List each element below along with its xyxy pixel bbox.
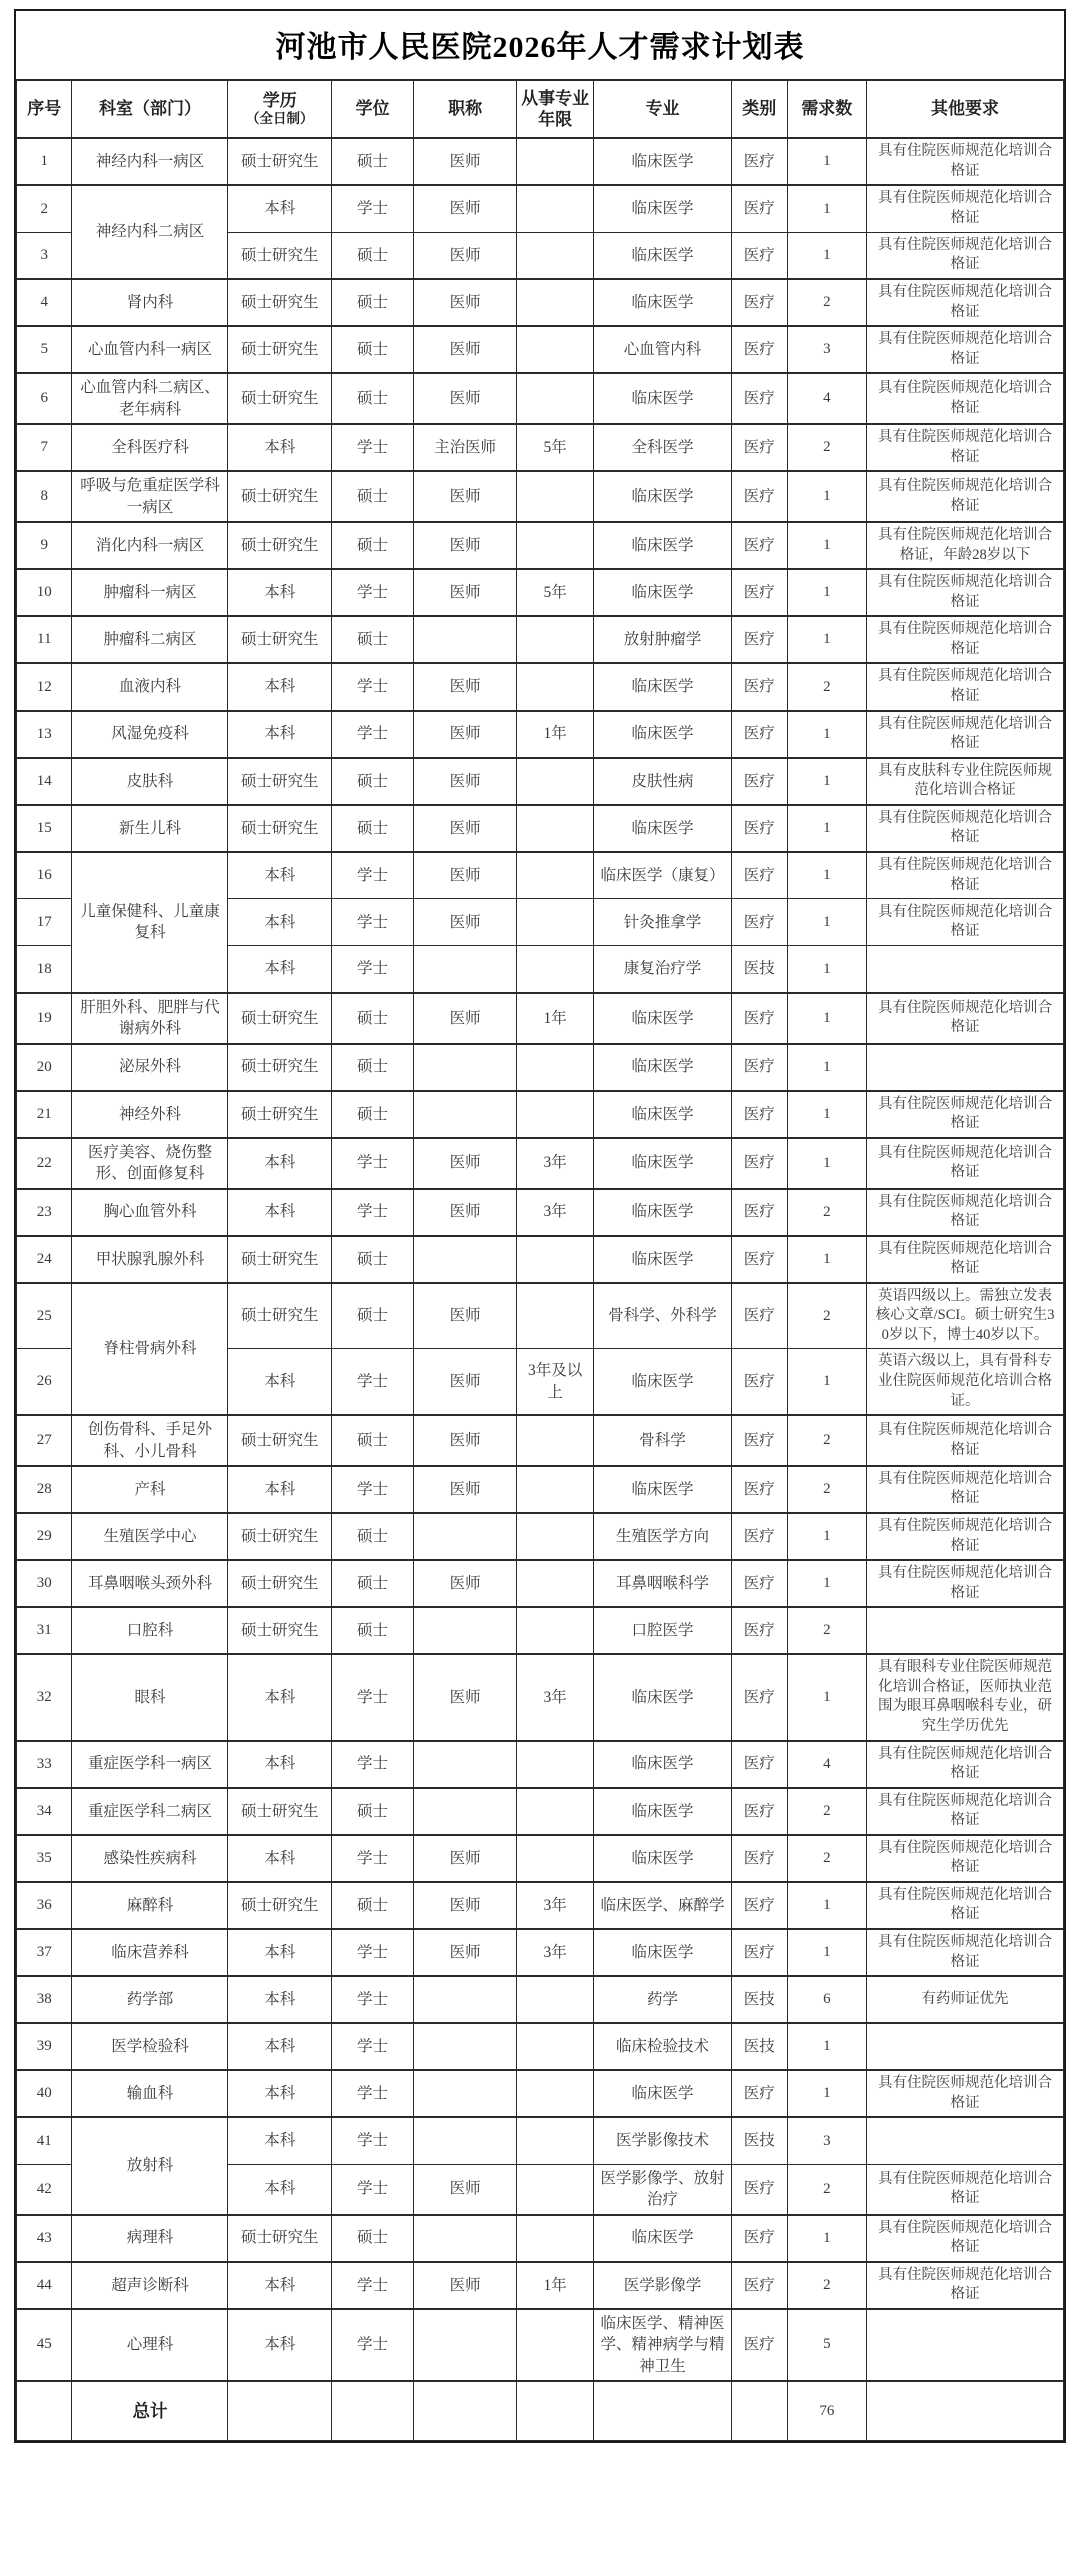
cell-demand-count: 1	[787, 1236, 867, 1283]
cell-years: 1年	[517, 711, 593, 758]
cell-other-requirements	[867, 2117, 1064, 2164]
recruitment-table: 序号科室（部门）学历（全日制）学位职称从事专业年限专业类别需求数其他要求 1神经…	[16, 79, 1064, 2441]
col-header-count: 需求数	[787, 80, 867, 138]
cell-category: 医疗	[732, 185, 787, 232]
cell-demand-count: 2	[787, 279, 867, 326]
cell-degree: 学士	[332, 2309, 414, 2381]
cell-no: 42	[17, 2164, 72, 2214]
cell-demand-count: 1	[787, 758, 867, 805]
cell-major: 医学影像学、放射治疗	[593, 2164, 731, 2214]
cell-no: 4	[17, 279, 72, 326]
cell-degree: 学士	[332, 2164, 414, 2214]
cell-years: 1年	[517, 2262, 593, 2309]
cell-degree: 硕士	[332, 1788, 414, 1835]
cell-education: 本科	[228, 1835, 332, 1882]
cell-category: 医疗	[732, 1236, 787, 1283]
cell-demand-count: 1	[787, 852, 867, 899]
cell-other-requirements: 具有住院医师规范化培训合格证	[867, 1835, 1064, 1882]
cell-department: 眼科	[72, 1654, 228, 1740]
cell-job-title: 医师	[413, 569, 517, 616]
cell-category: 医疗	[732, 522, 787, 569]
cell-no: 18	[17, 946, 72, 993]
cell-department: 泌尿外科	[72, 1044, 228, 1091]
cell-degree: 学士	[332, 424, 414, 471]
cell-category: 医疗	[732, 663, 787, 710]
cell-education: 本科	[228, 852, 332, 899]
cell-no: 10	[17, 569, 72, 616]
cell-years	[517, 1560, 593, 1607]
cell-demand-count: 2	[787, 424, 867, 471]
cell-no: 44	[17, 2262, 72, 2309]
table-header-row: 序号科室（部门）学历（全日制）学位职称从事专业年限专业类别需求数其他要求	[17, 80, 1064, 138]
cell-degree: 学士	[332, 852, 414, 899]
cell-demand-count: 1	[787, 711, 867, 758]
cell-major: 临床医学	[593, 138, 731, 185]
cell-category: 医疗	[732, 279, 787, 326]
cell-years	[517, 1741, 593, 1788]
cell-job-title	[413, 1788, 517, 1835]
cell-education: 硕士研究生	[228, 758, 332, 805]
cell-no: 29	[17, 1513, 72, 1560]
cell-degree: 硕士	[332, 373, 414, 424]
cell-years	[517, 1466, 593, 1513]
cell-other-requirements: 具有住院医师规范化培训合格证	[867, 616, 1064, 663]
cell-years	[517, 1835, 593, 1882]
cell-years	[517, 899, 593, 946]
cell-major: 临床医学	[593, 471, 731, 522]
cell-category: 医疗	[732, 1788, 787, 1835]
cell-degree: 硕士	[332, 232, 414, 279]
cell-demand-count: 1	[787, 1138, 867, 1189]
col-header-no: 序号	[17, 80, 72, 138]
cell-education: 硕士研究生	[228, 616, 332, 663]
table-row: 6心血管内科二病区、老年病科硕士研究生硕士医师临床医学医疗4具有住院医师规范化培…	[17, 373, 1064, 424]
cell-degree: 学士	[332, 1349, 414, 1415]
cell-degree: 学士	[332, 1741, 414, 1788]
cell-other-requirements: 具有住院医师规范化培训合格证	[867, 1236, 1064, 1283]
cell-job-title: 医师	[413, 1835, 517, 1882]
table-row: 45心理科本科学士临床医学、精神医学、精神病学与精神卫生医疗5	[17, 2309, 1064, 2381]
table-row: 40输血科本科学士临床医学医疗1具有住院医师规范化培训合格证	[17, 2070, 1064, 2117]
cell-no: 21	[17, 1091, 72, 1138]
cell-years	[517, 138, 593, 185]
cell-job-title: 主治医师	[413, 424, 517, 471]
cell-major	[593, 2381, 731, 2441]
col-header-years: 从事专业年限	[517, 80, 593, 138]
table-row: 36麻醉科硕士研究生硕士医师3年临床医学、麻醉学医疗1具有住院医师规范化培训合格…	[17, 1882, 1064, 1929]
cell-years	[517, 326, 593, 373]
cell-degree: 学士	[332, 185, 414, 232]
table-row: 24甲状腺乳腺外科硕士研究生硕士临床医学医疗1具有住院医师规范化培训合格证	[17, 1236, 1064, 1283]
cell-other-requirements: 具有住院医师规范化培训合格证	[867, 1189, 1064, 1236]
cell-category: 医疗	[732, 1466, 787, 1513]
cell-education: 硕士研究生	[228, 471, 332, 522]
cell-no: 11	[17, 616, 72, 663]
cell-years: 3年	[517, 1929, 593, 1976]
cell-category: 医疗	[732, 1560, 787, 1607]
cell-category: 医技	[732, 1976, 787, 2023]
cell-other-requirements: 具有住院医师规范化培训合格证	[867, 993, 1064, 1044]
cell-demand-count: 1	[787, 569, 867, 616]
cell-education: 本科	[228, 2309, 332, 2381]
cell-demand-count: 1	[787, 616, 867, 663]
cell-major: 心血管内科	[593, 326, 731, 373]
cell-degree: 硕士	[332, 326, 414, 373]
cell-category: 医疗	[732, 1741, 787, 1788]
table-row: 1神经内科一病区硕士研究生硕士医师临床医学医疗1具有住院医师规范化培训合格证	[17, 138, 1064, 185]
cell-years	[517, 946, 593, 993]
cell-degree: 硕士	[332, 1513, 414, 1560]
cell-demand-count: 6	[787, 1976, 867, 2023]
cell-other-requirements: 具有住院医师规范化培训合格证	[867, 1466, 1064, 1513]
cell-degree: 硕士	[332, 616, 414, 663]
cell-no: 35	[17, 1835, 72, 1882]
cell-other-requirements	[867, 1044, 1064, 1091]
col-header-dept: 科室（部门）	[72, 80, 228, 138]
cell-major: 临床医学	[593, 993, 731, 1044]
cell-job-title	[413, 1741, 517, 1788]
cell-department: 重症医学科一病区	[72, 1741, 228, 1788]
cell-job-title	[413, 2070, 517, 2117]
cell-major: 生殖医学方向	[593, 1513, 731, 1560]
table-row: 37临床营养科本科学士医师3年临床医学医疗1具有住院医师规范化培训合格证	[17, 1929, 1064, 1976]
cell-other-requirements: 具有住院医师规范化培训合格证	[867, 899, 1064, 946]
cell-years	[517, 1513, 593, 1560]
cell-degree: 硕士	[332, 1091, 414, 1138]
cell-other-requirements: 具有住院医师规范化培训合格证	[867, 185, 1064, 232]
cell-job-title: 医师	[413, 1929, 517, 1976]
cell-years: 3年	[517, 1654, 593, 1740]
cell-education: 硕士研究生	[228, 1283, 332, 1349]
cell-other-requirements: 具有住院医师规范化培训合格证	[867, 852, 1064, 899]
cell-education: 硕士研究生	[228, 805, 332, 852]
table-row: 5心血管内科一病区硕士研究生硕士医师心血管内科医疗3具有住院医师规范化培训合格证	[17, 326, 1064, 373]
table-row: 29生殖医学中心硕士研究生硕士生殖医学方向医疗1具有住院医师规范化培训合格证	[17, 1513, 1064, 1560]
cell-job-title: 医师	[413, 2164, 517, 2214]
cell-category: 医疗	[732, 852, 787, 899]
cell-other-requirements: 有药师证优先	[867, 1976, 1064, 2023]
cell-category: 医疗	[732, 1138, 787, 1189]
cell-no: 45	[17, 2309, 72, 2381]
cell-other-requirements: 具有住院医师规范化培训合格证	[867, 711, 1064, 758]
cell-major: 针灸推拿学	[593, 899, 731, 946]
cell-degree: 硕士	[332, 1607, 414, 1654]
cell-no: 36	[17, 1882, 72, 1929]
cell-category: 医疗	[732, 1091, 787, 1138]
cell-no: 5	[17, 326, 72, 373]
cell-demand-count: 5	[787, 2309, 867, 2381]
cell-no: 28	[17, 1466, 72, 1513]
cell-department: 胸心血管外科	[72, 1189, 228, 1236]
cell-demand-count: 1	[787, 1560, 867, 1607]
page-title: 河池市人民医院2026年人才需求计划表	[16, 11, 1064, 79]
cell-education: 硕士研究生	[228, 326, 332, 373]
cell-job-title: 医师	[413, 1654, 517, 1740]
cell-job-title: 医师	[413, 1189, 517, 1236]
cell-category: 医疗	[732, 1835, 787, 1882]
cell-demand-count: 1	[787, 1513, 867, 1560]
cell-category: 医疗	[732, 805, 787, 852]
cell-demand-count: 2	[787, 1283, 867, 1349]
cell-job-title: 医师	[413, 2262, 517, 2309]
cell-no: 9	[17, 522, 72, 569]
cell-major: 临床医学	[593, 1138, 731, 1189]
cell-other-requirements: 英语四级以上。需独立发表核心文章/SCI。硕士研究生30岁以下，博士40岁以下。	[867, 1283, 1064, 1349]
cell-major: 医学影像技术	[593, 2117, 731, 2164]
cell-major: 耳鼻咽喉科学	[593, 1560, 731, 1607]
cell-years	[517, 1415, 593, 1466]
cell-major: 临床医学	[593, 569, 731, 616]
cell-no: 27	[17, 1415, 72, 1466]
cell-education: 本科	[228, 2164, 332, 2214]
cell-years	[517, 805, 593, 852]
cell-education: 硕士研究生	[228, 1091, 332, 1138]
col-header-other: 其他要求	[867, 80, 1064, 138]
cell-other-requirements: 具有住院医师规范化培训合格证	[867, 2164, 1064, 2214]
cell-demand-count: 1	[787, 138, 867, 185]
cell-other-requirements: 具有住院医师规范化培训合格证	[867, 2070, 1064, 2117]
cell-other-requirements	[867, 2381, 1064, 2441]
cell-no: 8	[17, 471, 72, 522]
cell-education: 本科	[228, 2023, 332, 2070]
cell-other-requirements: 具有住院医师规范化培训合格证	[867, 1513, 1064, 1560]
cell-no: 33	[17, 1741, 72, 1788]
cell-job-title	[413, 1236, 517, 1283]
cell-other-requirements: 具有住院医师规范化培训合格证	[867, 424, 1064, 471]
cell-no: 24	[17, 1236, 72, 1283]
cell-no: 14	[17, 758, 72, 805]
table-row: 7全科医疗科本科学士主治医师5年全科医学医疗2具有住院医师规范化培训合格证	[17, 424, 1064, 471]
cell-category	[732, 2381, 787, 2441]
cell-category: 医技	[732, 946, 787, 993]
cell-category: 医疗	[732, 2164, 787, 2214]
col-header-major: 专业	[593, 80, 731, 138]
cell-major: 临床医学	[593, 1741, 731, 1788]
cell-other-requirements: 具有住院医师规范化培训合格证	[867, 326, 1064, 373]
table-row: 2神经内科二病区本科学士医师临床医学医疗1具有住院医师规范化培训合格证	[17, 185, 1064, 232]
cell-major: 临床医学	[593, 185, 731, 232]
cell-no: 1	[17, 138, 72, 185]
cell-job-title: 医师	[413, 138, 517, 185]
table-row: 32眼科本科学士医师3年临床医学医疗1具有眼科专业住院医师规范化培训合格证，医师…	[17, 1654, 1064, 1740]
cell-department: 耳鼻咽喉头颈外科	[72, 1560, 228, 1607]
cell-demand-count: 2	[787, 2262, 867, 2309]
cell-education: 硕士研究生	[228, 373, 332, 424]
col-header-title: 职称	[413, 80, 517, 138]
cell-category: 医疗	[732, 616, 787, 663]
cell-education: 硕士研究生	[228, 279, 332, 326]
cell-degree: 硕士	[332, 758, 414, 805]
table-row: 38药学部本科学士药学医技6有药师证优先	[17, 1976, 1064, 2023]
table-row: 10肿瘤科一病区本科学士医师5年临床医学医疗1具有住院医师规范化培训合格证	[17, 569, 1064, 616]
cell-demand-count: 1	[787, 2215, 867, 2262]
cell-category: 医疗	[732, 993, 787, 1044]
table-row: 44超声诊断科本科学士医师1年医学影像学医疗2具有住院医师规范化培训合格证	[17, 2262, 1064, 2309]
cell-category: 医疗	[732, 1607, 787, 1654]
cell-department: 风湿免疫科	[72, 711, 228, 758]
cell-education: 硕士研究生	[228, 1882, 332, 1929]
cell-no: 41	[17, 2117, 72, 2164]
cell-degree: 学士	[332, 899, 414, 946]
cell-job-title: 医师	[413, 471, 517, 522]
cell-major: 全科医学	[593, 424, 731, 471]
cell-no	[17, 2381, 72, 2441]
cell-category: 医技	[732, 2117, 787, 2164]
cell-major: 药学	[593, 1976, 731, 2023]
cell-demand-count: 2	[787, 2164, 867, 2214]
cell-department: 口腔科	[72, 1607, 228, 1654]
cell-demand-count: 1	[787, 185, 867, 232]
cell-department: 肿瘤科二病区	[72, 616, 228, 663]
cell-no: 19	[17, 993, 72, 1044]
cell-department: 全科医疗科	[72, 424, 228, 471]
table-row: 31口腔科硕士研究生硕士口腔医学医疗2	[17, 1607, 1064, 1654]
cell-degree: 学士	[332, 1189, 414, 1236]
cell-job-title: 医师	[413, 1415, 517, 1466]
cell-category: 医疗	[732, 1044, 787, 1091]
cell-no: 15	[17, 805, 72, 852]
table-row: 23胸心血管外科本科学士医师3年临床医学医疗2具有住院医师规范化培训合格证	[17, 1189, 1064, 1236]
cell-job-title: 医师	[413, 1138, 517, 1189]
cell-department: 放射科	[72, 2117, 228, 2214]
cell-category: 医疗	[732, 1929, 787, 1976]
cell-major: 皮肤性病	[593, 758, 731, 805]
cell-years	[517, 2215, 593, 2262]
cell-degree: 学士	[332, 1929, 414, 1976]
cell-education: 硕士研究生	[228, 1415, 332, 1466]
cell-job-title: 医师	[413, 1283, 517, 1349]
cell-years: 1年	[517, 993, 593, 1044]
cell-major: 医学影像学	[593, 2262, 731, 2309]
cell-demand-count: 2	[787, 1415, 867, 1466]
cell-degree: 硕士	[332, 1044, 414, 1091]
cell-education: 本科	[228, 569, 332, 616]
cell-education	[228, 2381, 332, 2441]
cell-degree: 学士	[332, 663, 414, 710]
cell-years	[517, 1976, 593, 2023]
cell-department: 药学部	[72, 1976, 228, 2023]
cell-years	[517, 185, 593, 232]
cell-no: 31	[17, 1607, 72, 1654]
cell-demand-count: 2	[787, 1835, 867, 1882]
table-row: 4肾内科硕士研究生硕士医师临床医学医疗2具有住院医师规范化培训合格证	[17, 279, 1064, 326]
cell-degree: 学士	[332, 1835, 414, 1882]
cell-years	[517, 471, 593, 522]
cell-department: 儿童保健科、儿童康复科	[72, 852, 228, 993]
cell-years	[517, 373, 593, 424]
cell-department: 重症医学科二病区	[72, 1788, 228, 1835]
cell-no: 43	[17, 2215, 72, 2262]
cell-other-requirements: 具有住院医师规范化培训合格证	[867, 1138, 1064, 1189]
cell-other-requirements: 具有住院医师规范化培训合格证	[867, 1882, 1064, 1929]
cell-department: 新生儿科	[72, 805, 228, 852]
cell-job-title: 医师	[413, 1560, 517, 1607]
cell-job-title: 医师	[413, 1466, 517, 1513]
cell-job-title: 医师	[413, 326, 517, 373]
cell-no: 17	[17, 899, 72, 946]
col-header-edu: 学历（全日制）	[228, 80, 332, 138]
cell-years	[517, 1283, 593, 1349]
cell-education: 本科	[228, 424, 332, 471]
cell-years	[517, 1607, 593, 1654]
cell-job-title	[413, 2023, 517, 2070]
cell-years: 3年	[517, 1138, 593, 1189]
cell-years	[517, 1044, 593, 1091]
cell-degree: 学士	[332, 1976, 414, 2023]
cell-category: 医疗	[732, 424, 787, 471]
cell-category: 医疗	[732, 1654, 787, 1740]
table-row: 13风湿免疫科本科学士医师1年临床医学医疗1具有住院医师规范化培训合格证	[17, 711, 1064, 758]
cell-other-requirements: 具有住院医师规范化培训合格证	[867, 232, 1064, 279]
recruitment-plan-sheet: 河池市人民医院2026年人才需求计划表 序号科室（部门）学历（全日制）学位职称从…	[14, 9, 1066, 2443]
cell-degree: 学士	[332, 1138, 414, 1189]
cell-demand-count: 1	[787, 1929, 867, 1976]
cell-demand-count: 2	[787, 1607, 867, 1654]
cell-major: 临床医学	[593, 1466, 731, 1513]
cell-degree: 硕士	[332, 2215, 414, 2262]
cell-category: 医疗	[732, 138, 787, 185]
cell-years	[517, 2381, 593, 2441]
cell-years	[517, 522, 593, 569]
cell-department: 血液内科	[72, 663, 228, 710]
cell-no: 7	[17, 424, 72, 471]
cell-major: 临床医学	[593, 1835, 731, 1882]
cell-job-title: 医师	[413, 852, 517, 899]
cell-years	[517, 2309, 593, 2381]
cell-no: 22	[17, 1138, 72, 1189]
cell-category: 医疗	[732, 1189, 787, 1236]
cell-degree: 学士	[332, 711, 414, 758]
cell-job-title	[413, 1976, 517, 2023]
cell-years	[517, 2070, 593, 2117]
cell-demand-count: 1	[787, 805, 867, 852]
cell-education: 硕士研究生	[228, 1044, 332, 1091]
cell-degree: 硕士	[332, 993, 414, 1044]
cell-department: 心血管内科二病区、老年病科	[72, 373, 228, 424]
cell-years	[517, 758, 593, 805]
cell-demand-count: 1	[787, 2070, 867, 2117]
cell-education: 硕士研究生	[228, 1513, 332, 1560]
cell-degree: 学士	[332, 2117, 414, 2164]
cell-degree: 学士	[332, 2070, 414, 2117]
cell-years	[517, 2164, 593, 2214]
cell-major: 临床检验技术	[593, 2023, 731, 2070]
cell-job-title: 医师	[413, 899, 517, 946]
cell-category: 医疗	[732, 471, 787, 522]
cell-category: 医疗	[732, 1349, 787, 1415]
cell-category: 医疗	[732, 711, 787, 758]
cell-major: 临床医学（康复）	[593, 852, 731, 899]
total-row: 总计76	[17, 2381, 1064, 2441]
cell-other-requirements: 具有住院医师规范化培训合格证	[867, 279, 1064, 326]
cell-degree: 硕士	[332, 1560, 414, 1607]
table-row: 35感染性疾病科本科学士医师临床医学医疗2具有住院医师规范化培训合格证	[17, 1835, 1064, 1882]
cell-department: 神经内科一病区	[72, 138, 228, 185]
cell-other-requirements: 具有住院医师规范化培训合格证	[867, 1560, 1064, 1607]
cell-department: 麻醉科	[72, 1882, 228, 1929]
cell-no: 6	[17, 373, 72, 424]
cell-no: 16	[17, 852, 72, 899]
cell-job-title: 医师	[413, 279, 517, 326]
total-demand-count: 76	[787, 2381, 867, 2441]
cell-education: 本科	[228, 2117, 332, 2164]
cell-other-requirements: 具有住院医师规范化培训合格证	[867, 1788, 1064, 1835]
cell-no: 20	[17, 1044, 72, 1091]
table-row: 39医学检验科本科学士临床检验技术医技1	[17, 2023, 1064, 2070]
cell-job-title	[413, 1044, 517, 1091]
cell-demand-count: 2	[787, 663, 867, 710]
cell-education: 硕士研究生	[228, 522, 332, 569]
